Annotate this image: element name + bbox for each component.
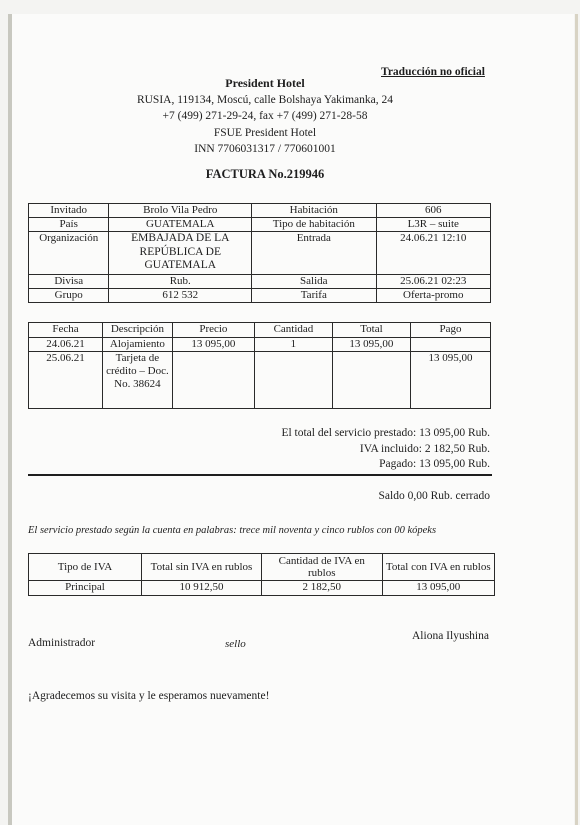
check-out-value: 25.06.21 02:23 xyxy=(376,275,490,289)
guest-info-table: Invitado Brolo Vila Pedro Habitación 606… xyxy=(28,203,491,303)
column-header-description: Descripción xyxy=(102,323,172,338)
column-header-quantity: Cantidad xyxy=(254,323,332,338)
table-row: Organización EMBAJADA DE LA REPÚBLICA DE… xyxy=(29,232,491,275)
rate-label: Tarifa xyxy=(252,289,376,303)
country-label: País xyxy=(29,218,109,232)
amount-in-words: El servicio prestado según la cuenta en … xyxy=(28,525,508,536)
check-in-label: Entrada xyxy=(252,232,376,275)
table-row: Divisa Rub. Salida 25.06.21 02:23 xyxy=(29,275,491,289)
balance: Saldo 0,00 Rub. cerrado xyxy=(240,490,490,502)
group-label: Grupo xyxy=(29,289,109,303)
cell-quantity xyxy=(254,352,332,409)
amount-paid: Pagado: 13 095,00 Rub. xyxy=(240,457,490,473)
room-type-label: Tipo de habitación xyxy=(252,218,376,232)
cell-payment: 13 095,00 xyxy=(410,352,490,409)
seal-label: sello xyxy=(225,638,246,650)
cell-description: Tarjeta de crédito – Doc. No. 38624 xyxy=(102,352,172,409)
vat-included: IVA incluido: 2 182,50 Rub. xyxy=(240,442,490,458)
organization-value: EMBAJADA DE LA REPÚBLICA DE GUATEMALA xyxy=(109,232,252,275)
hotel-header: President Hotel RUSIA, 119134, Moscú, ca… xyxy=(100,75,430,158)
column-header-total: Total xyxy=(332,323,410,338)
table-header-row: Tipo de IVA Total sin IVA en rublos Cant… xyxy=(29,554,495,581)
vat-table: Tipo de IVA Total sin IVA en rublos Cant… xyxy=(28,553,495,596)
hotel-address: RUSIA, 119134, Moscú, calle Bolshaya Yak… xyxy=(100,92,430,109)
column-header-payment: Pago xyxy=(410,323,490,338)
rate-value: Oferta-promo xyxy=(376,289,490,303)
column-header-vat-type: Tipo de IVA xyxy=(29,554,142,581)
group-value: 612 532 xyxy=(109,289,252,303)
hotel-name: President Hotel xyxy=(100,75,430,92)
room-value: 606 xyxy=(376,204,490,218)
invoice-title: FACTURA No.219946 xyxy=(100,167,430,182)
cell-vat-amount: 2 182,50 xyxy=(261,581,382,596)
organization-label: Organización xyxy=(29,232,109,275)
cell-description: Alojamiento xyxy=(102,338,172,352)
cell-date: 25.06.21 xyxy=(29,352,103,409)
guest-label: Invitado xyxy=(29,204,109,218)
cell-quantity: 1 xyxy=(254,338,332,352)
table-row: 25.06.21 Tarjeta de crédito – Doc. No. 3… xyxy=(29,352,491,409)
hotel-phones: +7 (499) 271-29-24, fax +7 (499) 271-28-… xyxy=(100,108,430,125)
currency-value: Rub. xyxy=(109,275,252,289)
table-row: País GUATEMALA Tipo de habitación L3R – … xyxy=(29,218,491,232)
currency-label: Divisa xyxy=(29,275,109,289)
table-row: 24.06.21 Alojamiento 13 095,00 1 13 095,… xyxy=(29,338,491,352)
closing-message: ¡Agradecemos su visita y le esperamos nu… xyxy=(28,690,269,702)
service-total: El total del servicio prestado: 13 095,0… xyxy=(240,426,490,442)
check-in-value: 24.06.21 12:10 xyxy=(376,232,490,275)
check-out-label: Salida xyxy=(252,275,376,289)
column-header-date: Fecha xyxy=(29,323,103,338)
room-type-value: L3R – suite xyxy=(376,218,490,232)
cell-payment xyxy=(410,338,490,352)
cell-vat-type: Principal xyxy=(29,581,142,596)
cell-gross-total: 13 095,00 xyxy=(382,581,494,596)
charges-table: Fecha Descripción Precio Cantidad Total … xyxy=(28,322,491,409)
totals-block: El total del servicio prestado: 13 095,0… xyxy=(240,426,490,473)
column-header-vat-amount: Cantidad de IVA en rublos xyxy=(261,554,382,581)
table-header-row: Fecha Descripción Precio Cantidad Total … xyxy=(29,323,491,338)
cell-total: 13 095,00 xyxy=(332,338,410,352)
page-edge xyxy=(575,14,578,825)
table-row: Invitado Brolo Vila Pedro Habitación 606 xyxy=(29,204,491,218)
divider xyxy=(28,474,492,476)
room-label: Habitación xyxy=(252,204,376,218)
signer-name: Aliona Ilyushina xyxy=(412,630,489,642)
table-row: Principal 10 912,50 2 182,50 13 095,00 xyxy=(29,581,495,596)
hotel-legal-name: FSUE President Hotel xyxy=(100,125,430,142)
cell-price xyxy=(172,352,254,409)
cell-date: 24.06.21 xyxy=(29,338,103,352)
country-value: GUATEMALA xyxy=(109,218,252,232)
hotel-inn: INN 7706031317 / 770601001 xyxy=(100,141,430,158)
column-header-gross-total: Total con IVA en rublos xyxy=(382,554,494,581)
column-header-net-total: Total sin IVA en rublos xyxy=(141,554,261,581)
guest-value: Brolo Vila Pedro xyxy=(109,204,252,218)
table-row: Grupo 612 532 Tarifa Oferta-promo xyxy=(29,289,491,303)
cell-net-total: 10 912,50 xyxy=(141,581,261,596)
administrator-label: Administrador xyxy=(28,637,95,649)
cell-total xyxy=(332,352,410,409)
cell-price: 13 095,00 xyxy=(172,338,254,352)
column-header-price: Precio xyxy=(172,323,254,338)
